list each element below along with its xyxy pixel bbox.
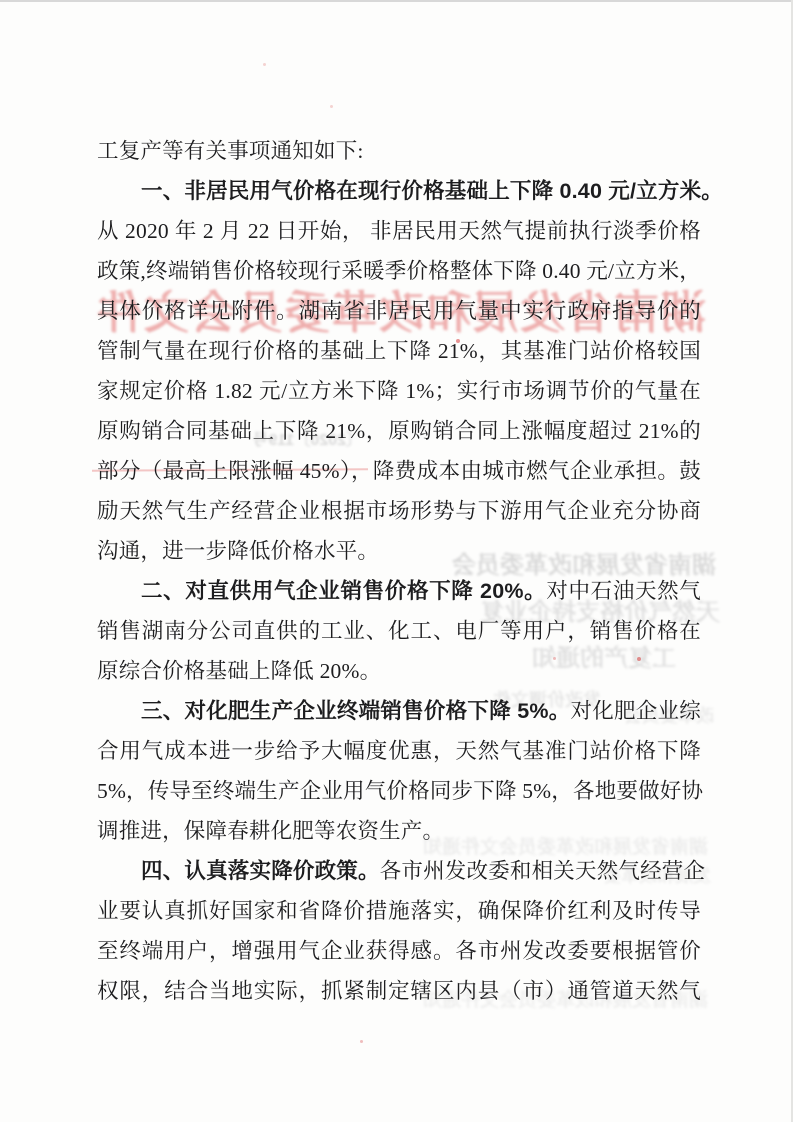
document-line: 励天然气生产经营企业根据市场形势与下游用气企业充分协商 — [97, 491, 701, 531]
body-text: 部分（最高上限涨幅 45%），降费成本由城市燃气企业承担。鼓 — [97, 459, 701, 483]
body-text: 政策,终端销售价格较现行采暖季价格整体下降 0.40 元/立方米， — [97, 259, 701, 283]
document-line: 三、对化肥生产企业终端销售价格下降 5%。对化肥企业综 — [97, 691, 701, 731]
heading-text: 二、对直供用气企业销售价格下降 20%。 — [141, 579, 546, 603]
document-line: 权限，结合当地实际，抓紧制定辖区内县（市）通管道天然气 — [97, 971, 701, 1011]
body-text: 家规定价格 1.82 元/立方米下降 1%；实行市场调节价的气量在 — [97, 379, 701, 403]
body-text: 励天然气生产经营企业根据市场形势与下游用气企业充分协商 — [97, 499, 701, 523]
red-speck — [263, 63, 266, 66]
document-line: 部分（最高上限涨幅 45%），降费成本由城市燃气企业承担。鼓 — [97, 451, 701, 491]
body-text: 权限，结合当地实际，抓紧制定辖区内县（市）通管道天然气 — [97, 979, 701, 1003]
body-text: 从 2020 年 2 月 22 日开始， 非居民用天然气提前执行淡季价格 — [97, 219, 701, 243]
heading-text: 一、非居民用气价格在现行价格基础上下降 0.40 元/立方米。 — [141, 179, 723, 203]
document-line: 家规定价格 1.82 元/立方米下降 1%；实行市场调节价的气量在 — [97, 371, 701, 411]
body-text: 销售湖南分公司直供的工业、化工、电厂等用户，销售价格在 — [97, 619, 701, 643]
document-line: 业要认真抓好国家和省降价措施落实，确保降价红利及时传导 — [97, 891, 701, 931]
document-line: 管制气量在现行价格的基础上下降 21%，其基准门站价格较国 — [97, 331, 701, 371]
body-text: 5%，传导至终端生产企业用气价格同步下降 5%，各地要做好协 — [97, 779, 703, 803]
body-text: 至终端用户，增强用气企业获得感。各市州发改委要根据管价 — [97, 939, 701, 963]
body-text: 具体价格详见附件。湖南省非居民用气量中实行政府指导价的 — [97, 299, 701, 323]
document-line: 一、非居民用气价格在现行价格基础上下降 0.40 元/立方米。 — [97, 171, 701, 211]
body-text: 沟通，进一步降低价格水平。 — [97, 539, 379, 563]
document-line: 原购销合同基础上下降 21%，原购销合同上涨幅度超过 21%的 — [97, 411, 701, 451]
body-text: 工复产等有关事项通知如下: — [97, 139, 364, 163]
body-text: 各市州发改委和相关天然气经营企 — [380, 859, 706, 883]
document-line: 工复产等有关事项通知如下: — [97, 131, 701, 171]
scan-edge-top — [0, 0, 793, 2]
body-text: 原购销合同基础上下降 21%，原购销合同上涨幅度超过 21%的 — [97, 419, 701, 443]
document-line: 从 2020 年 2 月 22 日开始， 非居民用天然气提前执行淡季价格 — [97, 211, 701, 251]
document-line: 合用气成本进一步给予大幅度优惠，天然气基准门站价格下降 — [97, 731, 701, 771]
red-speck — [360, 1040, 363, 1043]
document-line: 5%，传导至终端生产企业用气价格同步下降 5%，各地要做好协 — [97, 771, 701, 811]
document-line: 至终端用户，增强用气企业获得感。各市州发改委要根据管价 — [97, 931, 701, 971]
body-text: 管制气量在现行价格的基础上下降 21%，其基准门站价格较国 — [97, 339, 701, 363]
document-line: 销售湖南分公司直供的工业、化工、电厂等用户，销售价格在 — [97, 611, 701, 651]
scanned-document-page: 湖南省发展和改革委员会文件 〔2020〕119号 湖南省发展和改革委员会 天然气… — [0, 0, 793, 1122]
document-line: 政策,终端销售价格较现行采暖季价格整体下降 0.40 元/立方米， — [97, 251, 701, 291]
body-text: 对化肥企业综 — [571, 699, 702, 723]
document-body: 工复产等有关事项通知如下:一、非居民用气价格在现行价格基础上下降 0.40 元/… — [97, 131, 701, 1011]
document-line: 沟通，进一步降低价格水平。 — [97, 531, 701, 571]
red-speck — [330, 105, 333, 108]
body-text: 调推进，保障春耕化肥等农资生产。 — [97, 819, 444, 843]
document-line: 二、对直供用气企业销售价格下降 20%。对中石油天然气 — [97, 571, 701, 611]
body-text: 业要认真抓好国家和省降价措施落实，确保降价红利及时传导 — [97, 899, 701, 923]
document-line: 四、认真落实降价政策。各市州发改委和相关天然气经营企 — [97, 851, 701, 891]
heading-text: 四、认真落实降价政策。 — [141, 859, 380, 883]
body-text: 原综合价格基础上降低 20%。 — [97, 659, 381, 683]
heading-text: 三、对化肥生产企业终端销售价格下降 5%。 — [141, 699, 571, 723]
document-line: 调推进，保障春耕化肥等农资生产。 — [97, 811, 701, 851]
document-line: 具体价格详见附件。湖南省非居民用气量中实行政府指导价的 — [97, 291, 701, 331]
document-line: 原综合价格基础上降低 20%。 — [97, 651, 701, 691]
body-text: 合用气成本进一步给予大幅度优惠，天然气基准门站价格下降 — [97, 739, 701, 763]
body-text: 对中石油天然气 — [546, 579, 701, 603]
